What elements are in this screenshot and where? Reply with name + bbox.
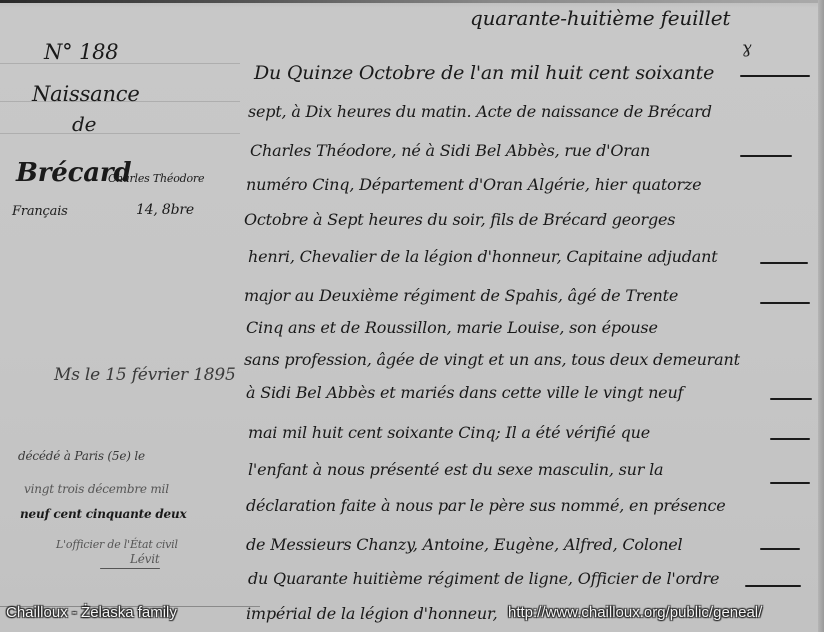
body-line-10: à Sidi Bel Abbès et mariés dans cette vi… xyxy=(246,383,683,402)
scan-right-edge xyxy=(818,0,824,632)
annotation-death-line-2: vingt trois décembre mil xyxy=(24,482,169,496)
body-line-12: l'enfant à nous présenté est du sexe mas… xyxy=(248,460,663,479)
annotation-officer: L'officier de l'État civil xyxy=(56,538,178,551)
body-line-6: henri, Chevalier de la légion d'honneur,… xyxy=(248,247,717,266)
margin-nationality: Français xyxy=(12,204,68,219)
line-end-flourish xyxy=(770,398,812,400)
margin-given-names: Charles Théodore xyxy=(108,172,204,185)
line-end-flourish xyxy=(770,438,810,440)
body-line-11: mai mil huit cent soixante Cinq; Il a ét… xyxy=(248,423,650,442)
body-line-8: Cinq ans et de Roussillon, marie Louise,… xyxy=(246,318,658,337)
body-line-13: déclaration faite à nous par le père sus… xyxy=(246,496,725,515)
scan-top-edge xyxy=(0,0,824,3)
folio-header: quarante-huitième feuillet xyxy=(470,6,730,30)
line-end-flourish xyxy=(770,482,810,484)
body-line-1: Du Quinze Octobre de l'an mil huit cent … xyxy=(254,62,714,84)
line-end-flourish xyxy=(760,548,800,550)
record-type: Naissance xyxy=(32,82,140,106)
line-end-flourish xyxy=(760,262,808,264)
line-end-flourish xyxy=(740,155,792,157)
body-line-14: de Messieurs Chanzy, Antoine, Eugène, Al… xyxy=(246,535,682,554)
record-number: N° 188 xyxy=(44,40,118,64)
body-line-15: du Quarante huitième régiment de ligne, … xyxy=(248,569,719,588)
watermark-family: Chailloux - Żelaska family xyxy=(6,604,177,621)
annotation-marriage: Ms le 15 février 1895 xyxy=(54,365,236,385)
record-type-de: de xyxy=(72,112,96,136)
body-line-16: impérial de la légion d'honneur, xyxy=(246,604,498,623)
line-end-flourish xyxy=(745,585,801,587)
annotation-death-line-1: décédé à Paris (5e) le xyxy=(18,449,145,463)
line-end-flourish xyxy=(740,75,810,77)
body-line-3: Charles Théodore, né à Sidi Bel Abbès, r… xyxy=(250,141,650,160)
folio-marker-glyph: ɣ xyxy=(742,38,751,57)
margin-date-short: 14, 8bre xyxy=(136,202,194,218)
signature-flourish xyxy=(100,568,160,569)
watermark-url[interactable]: http://www.chailloux.org/public/geneal/ xyxy=(508,604,762,621)
ruled-line xyxy=(0,133,240,134)
body-line-2: sept, à Dix heures du matin. Acte de nai… xyxy=(248,102,712,121)
officer-signature: Lévit xyxy=(130,552,160,566)
body-line-7: major au Deuxième régiment de Spahis, âg… xyxy=(244,286,678,305)
body-line-9: sans profession, âgée de vingt et un ans… xyxy=(244,350,740,369)
body-line-4: numéro Cinq, Département d'Oran Algérie,… xyxy=(246,175,701,194)
annotation-death-line-3: neuf cent cinquante deux xyxy=(20,507,186,521)
scanned-register-page: quarante-huitième feuillet ɣ N° 188 Nais… xyxy=(0,0,824,632)
line-end-flourish xyxy=(760,302,810,304)
body-line-5: Octobre à Sept heures du soir, fils de B… xyxy=(244,210,675,229)
ruled-line xyxy=(0,63,240,64)
